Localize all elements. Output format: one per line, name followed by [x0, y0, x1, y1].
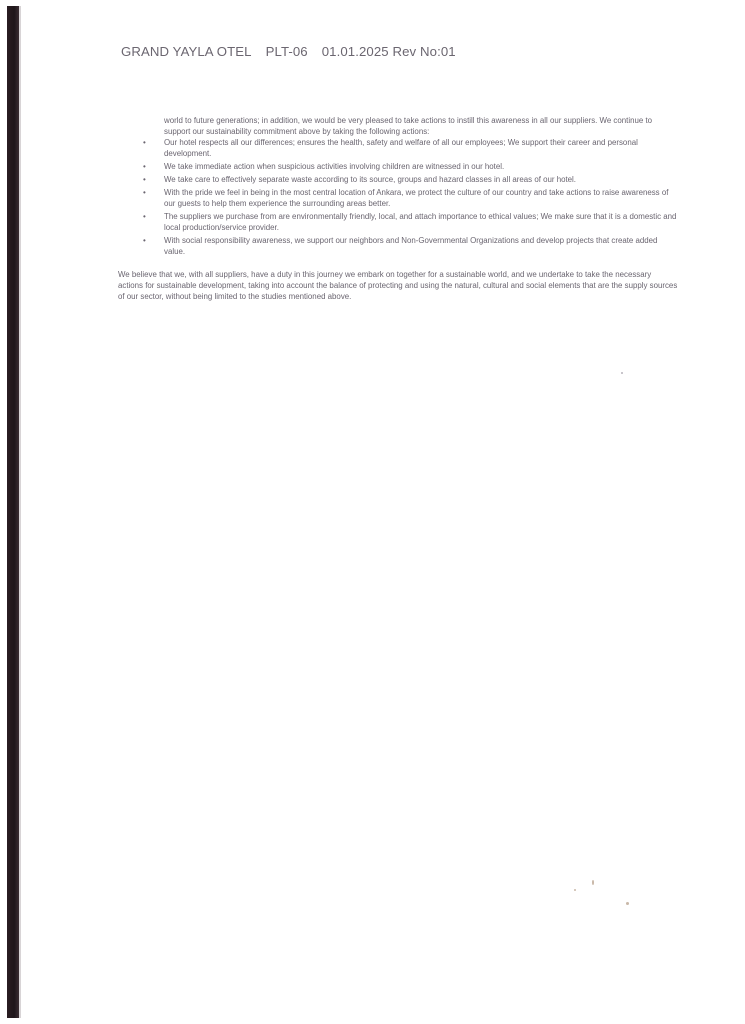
list-item: •With social responsibility awareness, w… — [118, 235, 678, 257]
bullet-icon: • — [143, 137, 146, 148]
actions-list: •Our hotel respects all our differences;… — [118, 137, 678, 257]
document-code: PLT-06 — [266, 44, 308, 59]
scan-binding-edge — [7, 6, 19, 1018]
bullet-icon: • — [143, 187, 146, 198]
scan-edge-highlight — [19, 6, 21, 1018]
page-header: GRAND YAYLA OTELPLT-0601.01.2025 Rev No:… — [121, 44, 470, 59]
list-item-text: We take immediate action when suspicious… — [164, 162, 504, 171]
list-item-text: We take care to effectively separate was… — [164, 175, 576, 184]
bullet-icon: • — [143, 161, 146, 172]
scan-speck — [626, 902, 629, 905]
list-item: •We take care to effectively separate wa… — [118, 174, 678, 185]
intro-paragraph: world to future generations; in addition… — [164, 115, 678, 137]
list-item: •The suppliers we purchase from are envi… — [118, 211, 678, 233]
list-item: •With the pride we feel in being in the … — [118, 187, 678, 209]
list-item-text: Our hotel respects all our differences; … — [164, 138, 638, 158]
scan-speck — [574, 889, 576, 891]
scan-speck — [592, 880, 594, 885]
list-item-text: With social responsibility awareness, we… — [164, 236, 657, 256]
bullet-icon: • — [143, 174, 146, 185]
bullet-icon: • — [143, 211, 146, 222]
date-revision: 01.01.2025 Rev No:01 — [322, 44, 456, 59]
closing-paragraph: We believe that we, with all suppliers, … — [118, 269, 678, 302]
list-item: •Our hotel respects all our differences;… — [118, 137, 678, 159]
document-body: world to future generations; in addition… — [118, 115, 678, 310]
scan-speck — [621, 372, 623, 374]
list-item: •We take immediate action when suspiciou… — [118, 161, 678, 172]
bullet-icon: • — [143, 235, 146, 246]
list-item-text: The suppliers we purchase from are envir… — [164, 212, 676, 232]
list-item-text: With the pride we feel in being in the m… — [164, 188, 668, 208]
company-name: GRAND YAYLA OTEL — [121, 44, 252, 59]
